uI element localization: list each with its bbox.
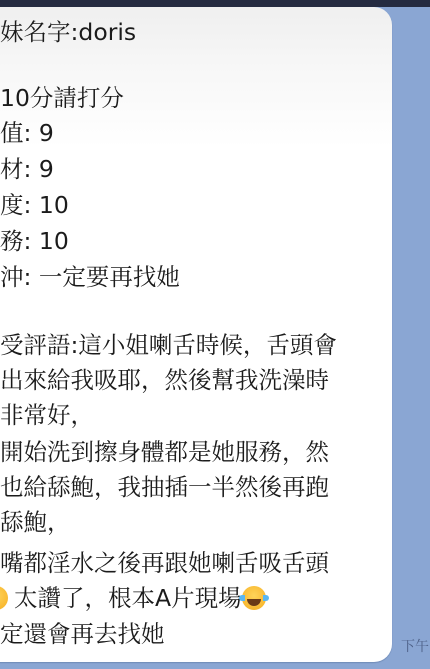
message-line-review-5: 也給舔鮑，我抽插一半然後再跑	[0, 472, 329, 502]
top-status-bar	[0, 0, 430, 7]
message-line-score-3: 度: 10	[0, 190, 69, 220]
message-line-review-4: 開始洗到擦身體都是她服務，然	[0, 437, 329, 467]
message-line-review-1: 受評語:這小姐喇舌時候，舌頭會	[0, 330, 337, 360]
message-line-review-3: 非常好，	[0, 400, 94, 430]
message-line-score-4: 務: 10	[0, 226, 69, 256]
message-line-review-7: 嘴都淫水之後再跟她喇舌吸舌頭	[0, 548, 329, 578]
partial-emoji-icon	[0, 586, 8, 610]
message-line-rating-header: 10分請打分	[0, 83, 124, 113]
message-line-score-2: 材: 9	[0, 154, 54, 184]
message-line-review-8: 太讚了，根本A片現場	[0, 583, 266, 613]
message-line-name: 妹名字:doris	[0, 17, 136, 47]
message-line-review-6: 舔鮑，	[0, 507, 71, 537]
message-line-review-9: 定還會再去找她	[0, 619, 165, 649]
tears-of-joy-emoji-icon	[242, 586, 266, 610]
message-line-score-1: 值: 9	[0, 118, 54, 148]
message-timestamp: 下午	[401, 636, 429, 656]
message-line-score-5: 沖: 一定要再找她	[0, 262, 180, 292]
message-line-review-2: 出來給我吸耶，然後幫我洗澡時	[0, 365, 329, 395]
message-line-review-8-text: 太讚了，根本A片現場	[14, 584, 242, 612]
